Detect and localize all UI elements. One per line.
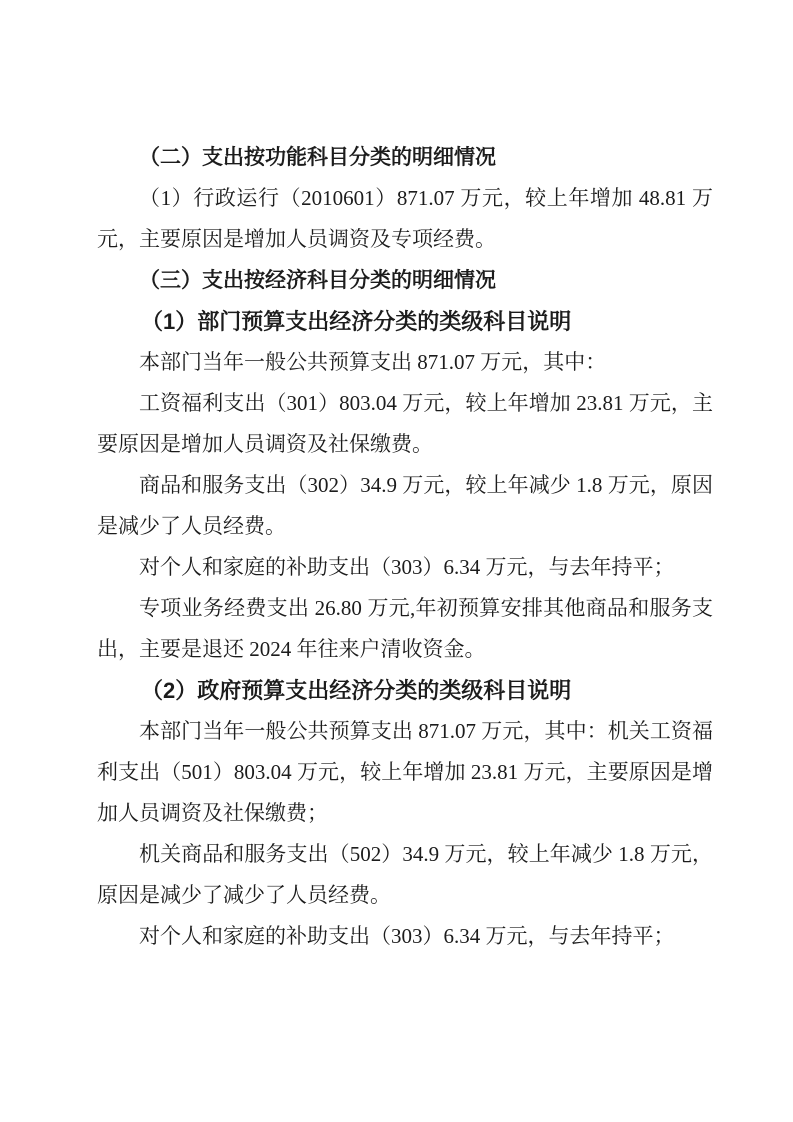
document-page: （二）支出按功能科目分类的明细情况 （1）行政运行（2010601）871.07… [0, 0, 793, 1122]
paragraph-agency-goods-services-502: 机关商品和服务支出（502）34.9 万元，较上年减少 1.8 万元，原因是减少… [97, 834, 713, 916]
subheading-department-budget-classification: （1）部门预算支出经济分类的类级科目说明 [97, 301, 713, 342]
subheading-government-budget-classification: （2）政府预算支出经济分类的类级科目说明 [97, 670, 713, 711]
paragraph-total-budget-intro: 本部门当年一般公共预算支出 871.07 万元，其中： [97, 342, 713, 383]
section-heading-expenditure-by-economic: （三）支出按经济科目分类的明细情况 [97, 260, 713, 301]
paragraph-special-business-funds: 专项业务经费支出 26.80 万元,年初预算安排其他商品和服务支出，主要是退还 … [97, 588, 713, 670]
paragraph-individual-family-subsidy-303: 对个人和家庭的补助支出（303）6.34 万元，与去年持平； [97, 547, 713, 588]
paragraph-wage-welfare-301: 工资福利支出（301）803.04 万元，较上年增加 23.81 万元，主要原因… [97, 383, 713, 465]
paragraph-individual-family-subsidy-303-repeat: 对个人和家庭的补助支出（303）6.34 万元，与去年持平； [97, 916, 713, 957]
paragraph-total-budget-with-501: 本部门当年一般公共预算支出 871.07 万元，其中：机关工资福利支出（501）… [97, 711, 713, 834]
section-heading-expenditure-by-function: （二）支出按功能科目分类的明细情况 [97, 137, 713, 178]
paragraph-goods-services-302: 商品和服务支出（302）34.9 万元，较上年减少 1.8 万元，原因是减少了人… [97, 465, 713, 547]
paragraph-admin-operation: （1）行政运行（2010601）871.07 万元，较上年增加 48.81 万元… [97, 178, 713, 260]
